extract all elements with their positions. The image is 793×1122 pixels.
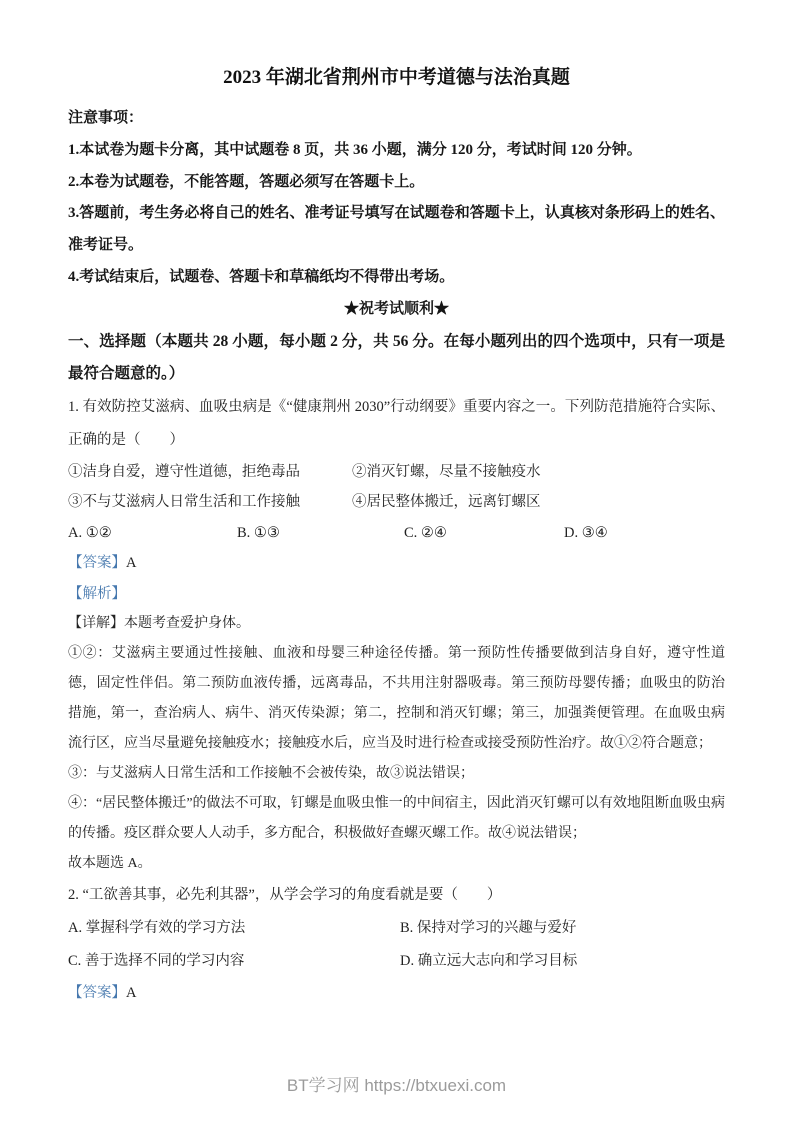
question-1-answer-line: 【答案】A [68,548,725,578]
notice-item-1: 1.本试卷为题卡分离，其中试题卷 8 页，共 36 小题，满分 120 分，考试… [68,135,725,167]
q1-item-3: ③不与艾滋病人日常生活和工作接触 [68,487,352,517]
q1-choice-c: C. ②④ [404,518,564,548]
answer-value: A [126,985,136,1001]
question-1-stem: 1. 有效防控艾滋病、血吸虫病是《“健康荆州 2030”行动纲要》重要内容之一。… [68,391,725,457]
watermark-site-link: BT学习网 https://btxuexi.com [0,1071,793,1096]
exam-document-page: 2023 年湖北省荆州市中考道德与法治真题 注意事项： 1.本试卷为题卡分离，其… [0,0,793,1008]
question-1-explain-para-2: ③：与艾滋病人日常生活和工作接触不会被传染，故③说法错误； [68,759,725,789]
answer-label: 【答案】 [68,985,126,1001]
notice-heading: 注意事项： [68,103,725,135]
q1-item-4: ④居民整体搬迁，远离钉螺区 [352,487,725,517]
q1-item-1: ①洁身自爱，遵守性道德，拒绝毒品 [68,457,352,487]
exam-good-luck-line: ★祝考试顺利★ [68,294,725,326]
question-2-stem: 2. “工欲善其事，必先利其器”，从学会学习的角度看就是要（ ） [68,879,725,912]
q2-choice-d: D. 确立远大志向和学习目标 [400,945,725,978]
question-1-choices: A. ①② B. ①③ C. ②④ D. ③④ [68,518,725,548]
q1-item-2: ②消灭钉螺，尽量不接触疫水 [352,457,725,487]
question-1-detail-line: 【详解】本题考查爱护身体。 [68,609,725,639]
question-2-choices: A. 掌握科学有效的学习方法 B. 保持对学习的兴趣与爱好 C. 善于选择不同的… [68,912,725,978]
question-2-answer-line: 【答案】A [68,978,725,1008]
notice-item-2: 2.本卷为试题卷，不能答题，答题必须写在答题卡上。 [68,167,725,199]
q1-choice-a: A. ①② [68,518,237,548]
page-title: 2023 年湖北省荆州市中考道德与法治真题 [68,62,725,89]
answer-label: 【答案】 [68,555,126,571]
answer-value: A [126,555,136,571]
q2-choice-a: A. 掌握科学有效的学习方法 [68,912,400,945]
question-1-explain-para-1: ①②：艾滋病主要通过性接触、血液和母婴三种途径传播。第一预防性传播要做到洁身自好… [68,639,725,759]
notice-item-3: 3.答题前，考生务必将自己的姓名、准考证号填写在试题卷和答题卡上，认真核对条形码… [68,198,725,262]
q2-choice-c: C. 善于选择不同的学习内容 [68,945,400,978]
question-1-numbered-items: ①洁身自爱，遵守性道德，拒绝毒品 ②消灭钉螺，尽量不接触疫水 ③不与艾滋病人日常… [68,457,725,518]
q1-choice-d: D. ③④ [564,518,725,548]
q2-choice-b: B. 保持对学习的兴趣与爱好 [400,912,725,945]
question-1-analysis-label: 【解析】 [68,579,725,609]
q1-choice-b: B. ①③ [237,518,404,548]
question-1-explain-para-3: ④：“居民整体搬迁”的做法不可取，钉螺是血吸虫惟一的中间宿主，因此消灭钉螺可以有… [68,789,725,849]
section-1-heading: 一、选择题（本题共 28 小题，每小题 2 分，共 56 分。在每小题列出的四个… [68,326,725,391]
notice-item-4: 4.考试结束后，试题卷、答题卡和草稿纸均不得带出考场。 [68,262,725,294]
question-1-explain-para-4: 故本题选 A。 [68,849,725,879]
